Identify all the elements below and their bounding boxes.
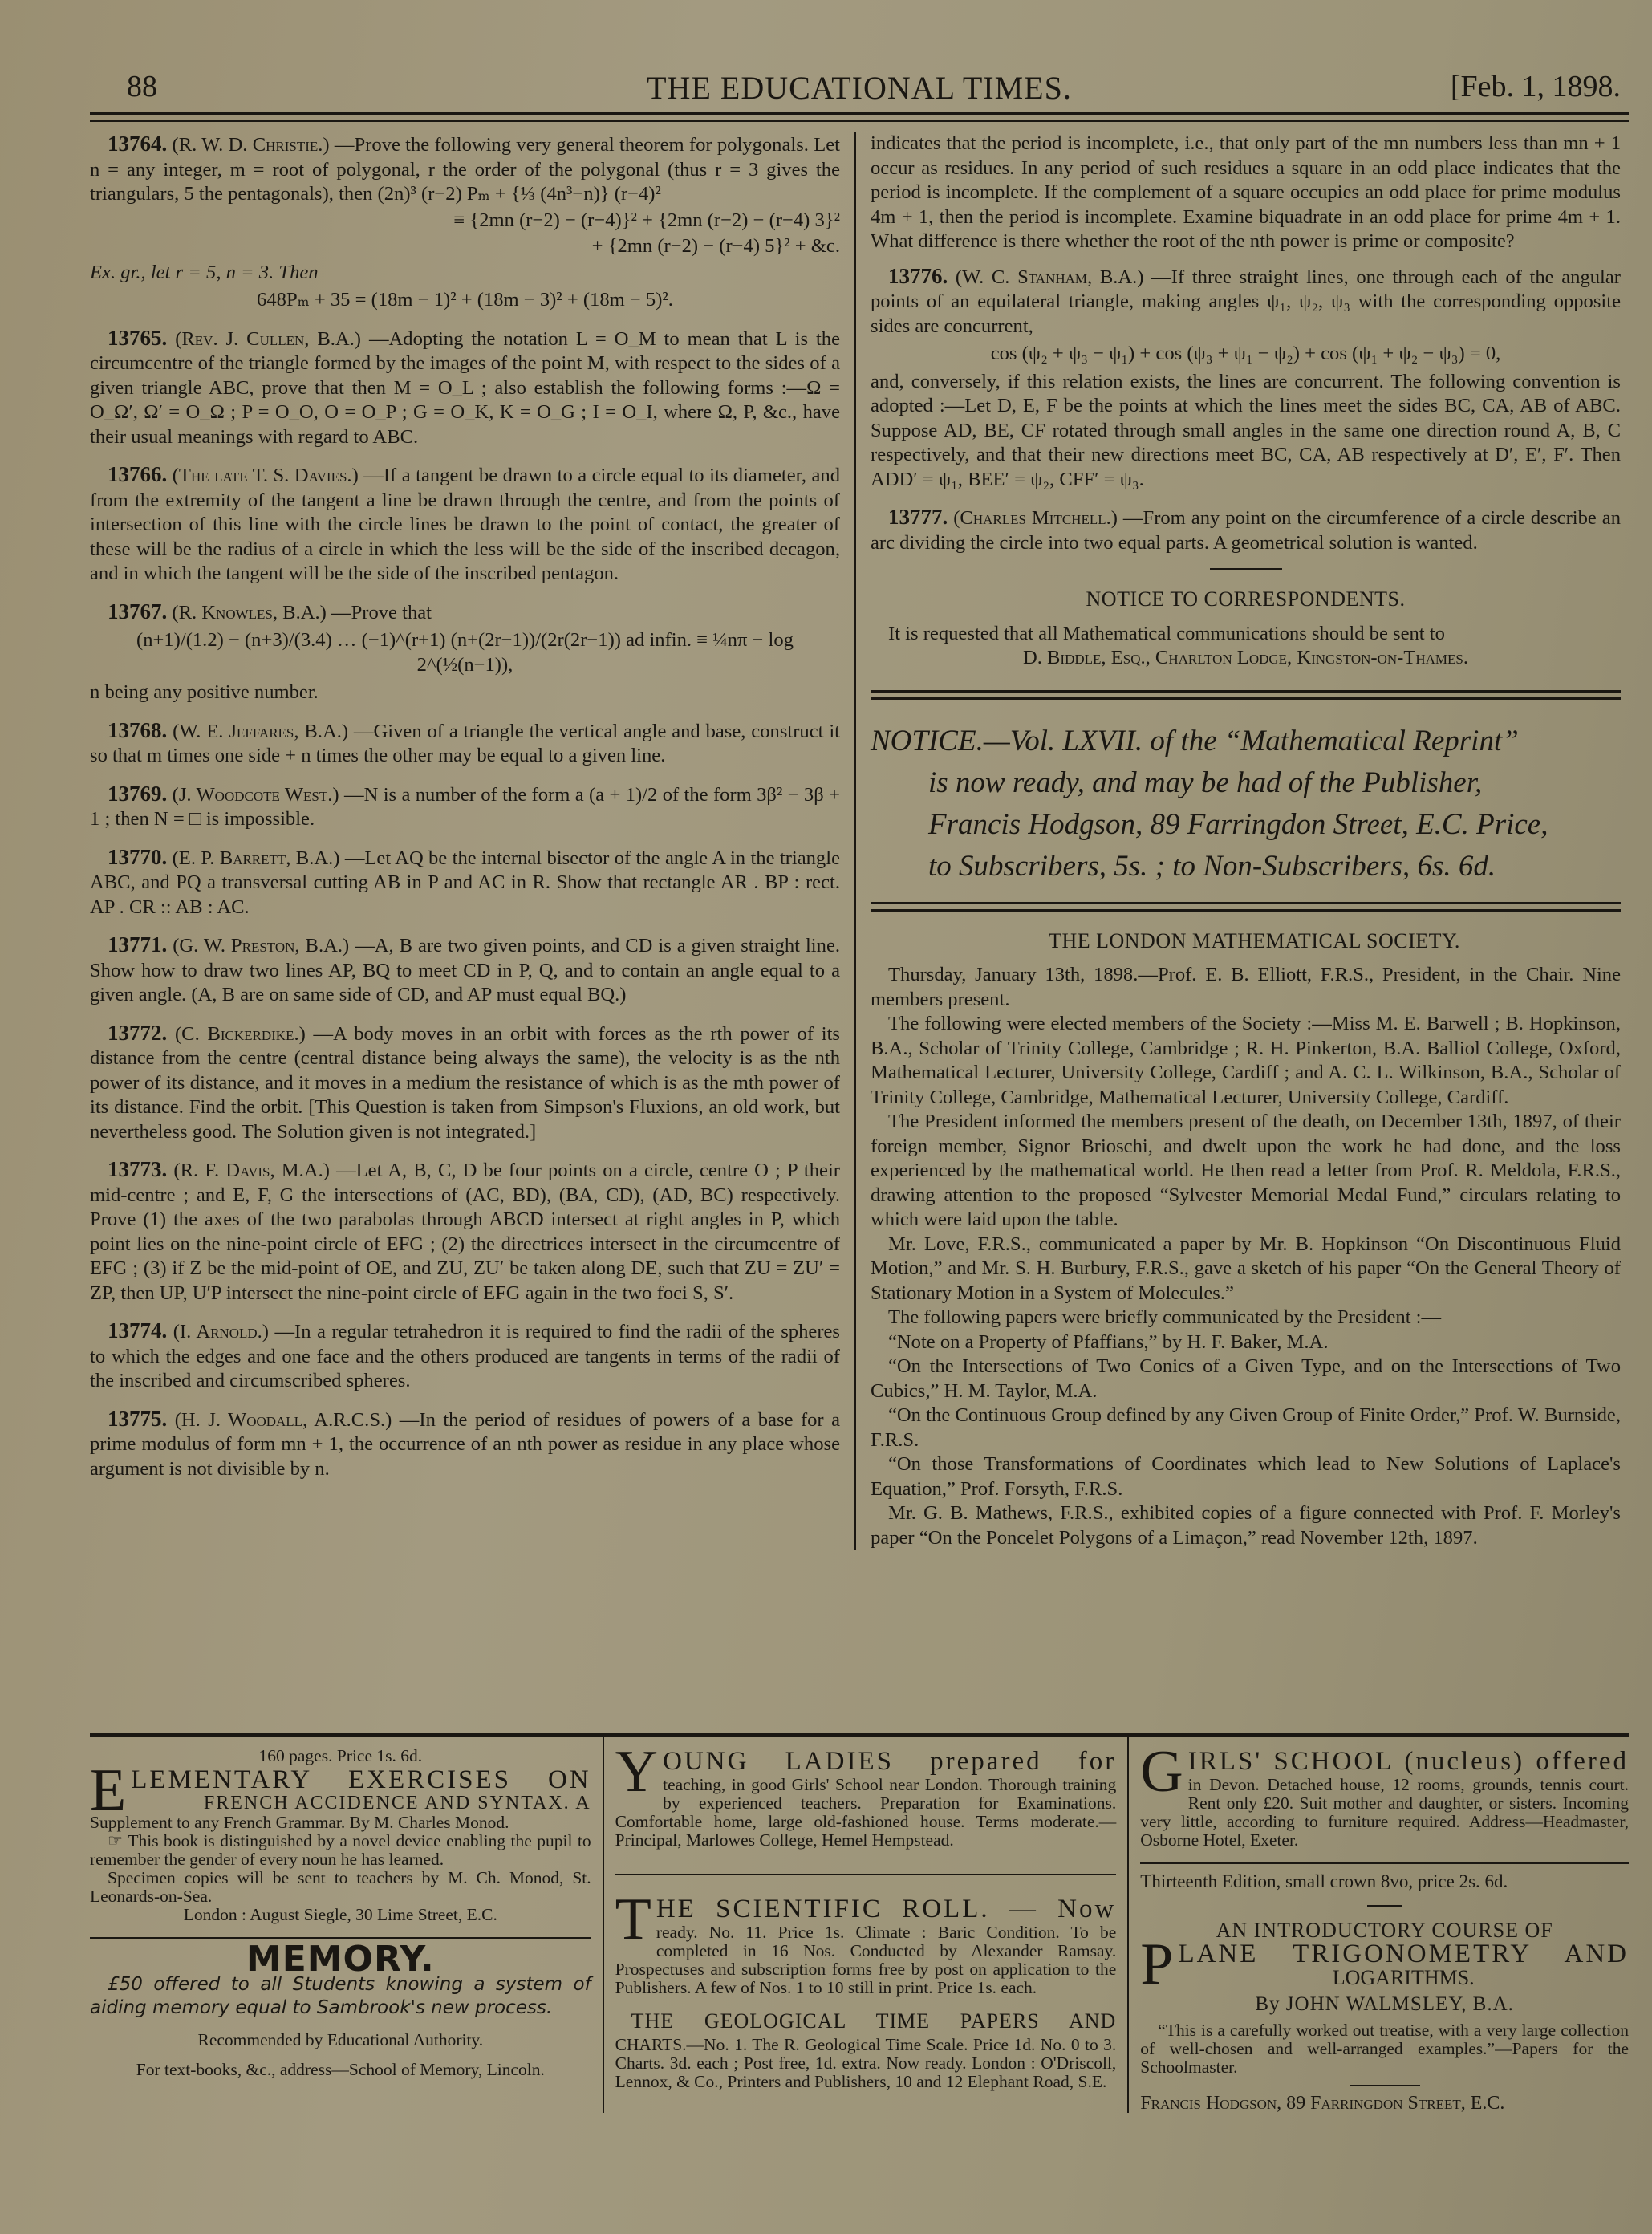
ad-trigonometry: Thirteenth Edition, small crown 8vo, pri… (1140, 1872, 1629, 2113)
section-title: NOTICE TO CORRESPONDENTS. (871, 587, 1621, 612)
ad-text: in Devon. Detached house, 12 rooms, grou… (1140, 1776, 1629, 1850)
ad-text: Specimen copies will be sent to teachers… (90, 1869, 591, 1906)
lms-paragraph: “Note on a Property of Pfaffians,” by H.… (871, 1330, 1621, 1355)
equation: cos (ψ₂ + ψ₃ − ψ₁) + cos (ψ₃ + ψ₁ − ψ₂) … (871, 342, 1621, 367)
ad-review: “This is a carefully worked out treatise… (1140, 2021, 1629, 2077)
equation: 648Pₘ + 35 = (18m − 1)² + (18m − 3)² + (… (90, 288, 840, 313)
reprint-notice: NOTICE.—Vol. LXVII. of the “Mathematical… (871, 721, 1621, 888)
question-13772: 13772. (C. Bickerdike.) —A body moves in… (90, 1021, 840, 1145)
question-author: (J. Woodcote West.) (173, 784, 339, 806)
ad-headline: IRLS' SCHOOL (nucleus) offered (1140, 1747, 1629, 1776)
advertisements: 160 pages. Price 1s. 6d. E LEMENTARY EXE… (90, 1733, 1629, 2113)
ad-text: CHARTS.—No. 1. The R. Geological Time Sc… (615, 2036, 1117, 2091)
ad-headline: MEMORY. (90, 1950, 591, 1968)
notice-text: It is requested that all Mathematical co… (871, 622, 1621, 647)
ad-text: ready. No. 11. Price 1s. Climate : Baric… (615, 1923, 1117, 1997)
newspaper-page: 88 THE EDUCATIONAL TIMES. [Feb. 1, 1898.… (90, 64, 1629, 1550)
drop-cap: E (90, 1767, 126, 1814)
question-number: 13764. (108, 132, 167, 156)
question-13777: 13777. (Charles Mitchell.) —From any poi… (871, 505, 1621, 555)
question-number: 13774. (108, 1318, 167, 1342)
ad-text: Supplement to any French Grammar. By M. … (90, 1814, 591, 1832)
section-title: THE LONDON MATHEMATICAL SOCIETY. (871, 929, 1621, 954)
ad-subheadline: LOGARITHMS. (1140, 1968, 1629, 1987)
ad-intro: AN INTRODUCTORY COURSE OF (1140, 1921, 1629, 1940)
notice-address: D. Biddle, Esq., Charlton Lodge, Kingsto… (871, 646, 1621, 671)
ad-subheadline: FRENCH ACCIDENCE AND SYNTAX. A (90, 1794, 591, 1813)
question-number: 13765. (108, 326, 167, 350)
question-13771: 13771. (G. W. Preston, B.A.) —A, B are t… (90, 932, 840, 1008)
ad-column-1: 160 pages. Price 1s. 6d. E LEMENTARY EXE… (90, 1737, 603, 2113)
lms-paragraph: Mr. Love, F.R.S., communicated a paper b… (871, 1233, 1621, 1306)
drop-cap: P (1140, 1941, 1173, 1988)
ad-publisher: London : August Siegle, 30 Lime Street, … (90, 1906, 591, 1924)
ad-short-divider (1367, 1905, 1402, 1907)
question-number: 13776. (888, 264, 948, 288)
ad-text: Recommended by Educational Authority. (90, 2031, 591, 2049)
ad-short-divider (1350, 2085, 1420, 2086)
question-13775: 13775. (H. J. Woodall, A.R.C.S.) —In the… (90, 1407, 840, 1482)
ad-publisher: Francis Hodgson, 89 Farringdon Street, E… (1140, 2094, 1629, 2113)
question-author: (H. J. Woodall, A.R.C.S.) (175, 1409, 392, 1431)
notice-to-correspondents: NOTICE TO CORRESPONDENTS. It is requeste… (871, 587, 1621, 671)
example-intro: Ex. gr., let r = 5, n = 3. Then (90, 262, 319, 283)
question-author: (W. C. Stanham, B.A.) (956, 266, 1144, 288)
question-number: 13766. (108, 462, 167, 486)
question-author: (Rev. J. Cullen, B.A.) (175, 328, 361, 350)
london-mathematical-society: THE LONDON MATHEMATICAL SOCIETY. Thursda… (871, 929, 1621, 1551)
lms-paragraph: “On the Intersections of Two Conics of a… (871, 1355, 1621, 1403)
drop-cap: Y (615, 1749, 658, 1795)
equation: + {2mn (r−2) − (r−4) 5}² + &c. (90, 234, 840, 259)
question-13776: 13776. (W. C. Stanham, B.A.) —If three s… (871, 264, 1621, 493)
ad-girls-school: G IRLS' SCHOOL (nucleus) offered in Devo… (1140, 1747, 1629, 1850)
question-tail: and, conversely, if this relation exists… (871, 370, 1621, 493)
ad-memory: MEMORY. £50 offered to all Students know… (90, 1950, 591, 2079)
ad-divider (615, 1874, 1117, 1875)
question-number: 13771. (108, 932, 167, 957)
ad-headline: THE GEOLOGICAL TIME PAPERS AND (615, 2007, 1117, 2036)
question-tail: n being any positive number. (90, 680, 840, 705)
question-13773: 13773. (R. F. Davis, M.A.) —Let A, B, C,… (90, 1157, 840, 1306)
page-header: 88 THE EDUCATIONAL TIMES. [Feb. 1, 1898. (90, 64, 1629, 109)
question-13774: 13774. (I. Arnold.) —In a regular tetrah… (90, 1318, 840, 1394)
lms-paragraph: Mr. G. B. Mathews, F.R.S., exhibited cop… (871, 1501, 1621, 1550)
header-double-rule (90, 112, 1629, 122)
question-author: (The late T. S. Davies.) (173, 465, 359, 486)
notice-line: to Subscribers, 5s. ; to Non-Subscribers… (871, 846, 1621, 888)
lms-paragraph: “On those Transformations of Coordinates… (871, 1452, 1621, 1501)
issue-date: [Feb. 1, 1898. (1451, 69, 1621, 104)
ad-young-ladies: Y OUNG LADIES prepared for teaching, in … (615, 1747, 1117, 1850)
ad-geological: THE GEOLOGICAL TIME PAPERS AND CHARTS.—N… (615, 2007, 1117, 2091)
ad-headline: OUNG LADIES prepared for (615, 1747, 1117, 1776)
ad-divider (1140, 1862, 1629, 1864)
question-author: (R. W. D. Christie.) (173, 134, 330, 156)
question-author: (E. P. Barrett, B.A.) (173, 847, 340, 869)
question-13768: 13768. (W. E. Jeffares, B.A.) —Given of … (90, 718, 840, 769)
ad-text: teaching, in good Girls' School near Lon… (615, 1776, 1117, 1850)
ad-headline: LEMENTARY EXERCISES ON (90, 1765, 591, 1794)
question-number: 13772. (108, 1021, 167, 1045)
question-13767: 13767. (R. Knowles, B.A.) —Prove that (n… (90, 599, 840, 705)
question-author: (R. Knowles, B.A.) (172, 602, 326, 623)
question-author: (G. W. Preston, B.A.) (173, 935, 349, 957)
ad-headline: HE SCIENTIFIC ROLL. — Now (615, 1895, 1117, 1923)
ad-headline: LANE TRIGONOMETRY AND (1140, 1940, 1629, 1968)
question-author: (I. Arnold.) (173, 1321, 269, 1342)
question-number: 13769. (108, 782, 167, 806)
question-13766: 13766. (The late T. S. Davies.) —If a ta… (90, 462, 840, 587)
ad-edition: Thirteenth Edition, small crown 8vo, pri… (1140, 1872, 1629, 1891)
lms-paragraph: “On the Continuous Group defined by any … (871, 1403, 1621, 1452)
question-author: (Charles Mitchell.) (953, 507, 1118, 529)
ad-text: ☞ This book is distinguished by a novel … (90, 1832, 591, 1869)
question-number: 13768. (108, 718, 167, 742)
lms-paragraph: The following were elected members of th… (871, 1012, 1621, 1110)
notice-line: Francis Hodgson, 89 Farringdon Street, E… (871, 804, 1621, 846)
two-column-body: 13764. (R. W. D. Christie.) —Prove the f… (90, 132, 1629, 1550)
ad-column-2: Y OUNG LADIES prepared for teaching, in … (603, 1737, 1130, 2113)
question-author: (W. E. Jeffares, B.A.) (173, 721, 348, 742)
question-number: 13767. (108, 599, 167, 623)
drop-cap: G (1140, 1749, 1183, 1795)
question-13769: 13769. (J. Woodcote West.) —N is a numbe… (90, 782, 840, 832)
question-number: 13775. (108, 1407, 167, 1431)
section-double-rule (871, 690, 1621, 700)
section-divider (1210, 568, 1282, 570)
section-double-rule (871, 902, 1621, 912)
question-author: (R. F. Davis, M.A.) (173, 1160, 330, 1181)
ad-price-line: 160 pages. Price 1s. 6d. (90, 1747, 591, 1765)
drop-cap: T (615, 1896, 651, 1943)
question-13775-continuation: indicates that the period is incomplete,… (871, 132, 1621, 254)
question-author: (C. Bickerdike.) (175, 1023, 306, 1045)
ad-scientific-roll: T HE SCIENTIFIC ROLL. — Now ready. No. 1… (615, 1895, 1117, 1997)
lms-paragraph: The President informed the members prese… (871, 1110, 1621, 1233)
equation: ≡ {2mn (r−2) − (r−4)}² + {2mn (r−2) − (r… (90, 209, 840, 234)
left-column: 13764. (R. W. D. Christie.) —Prove the f… (90, 132, 854, 1550)
ad-author: By JOHN WALMSLEY, B.A. (1140, 1995, 1629, 2013)
notice-line: is now ready, and may be had of the Publ… (871, 762, 1621, 804)
question-13770: 13770. (E. P. Barrett, B.A.) —Let AQ be … (90, 845, 840, 920)
ad-french-exercises: 160 pages. Price 1s. 6d. E LEMENTARY EXE… (90, 1747, 591, 1924)
ad-column-3: G IRLS' SCHOOL (nucleus) offered in Devo… (1129, 1737, 1629, 2113)
equation: (n+1)/(1.2) − (n+3)/(3.4) … (−1)^(r+1) (… (90, 628, 840, 677)
ad-address: For text-books, &c., address—School of M… (90, 2061, 591, 2079)
ad-offer: £50 offered to all Students knowing a sy… (90, 1973, 591, 2020)
question-13764: 13764. (R. W. D. Christie.) —Prove the f… (90, 132, 840, 313)
question-number: 13773. (108, 1157, 167, 1181)
lms-paragraph: Thursday, January 13th, 1898.—Prof. E. B… (871, 963, 1621, 1012)
right-column: indicates that the period is incomplete,… (854, 132, 1621, 1550)
question-text: —Prove that (331, 602, 432, 623)
notice-line: NOTICE.—Vol. LXVII. of the “Mathematical… (871, 725, 1519, 758)
question-13765: 13765. (Rev. J. Cullen, B.A.) —Adopting … (90, 326, 840, 450)
question-number: 13777. (888, 505, 948, 529)
lms-paragraph: The following papers were briefly commun… (871, 1306, 1621, 1330)
question-number: 13770. (108, 845, 167, 869)
masthead-title: THE EDUCATIONAL TIMES. (90, 69, 1629, 107)
